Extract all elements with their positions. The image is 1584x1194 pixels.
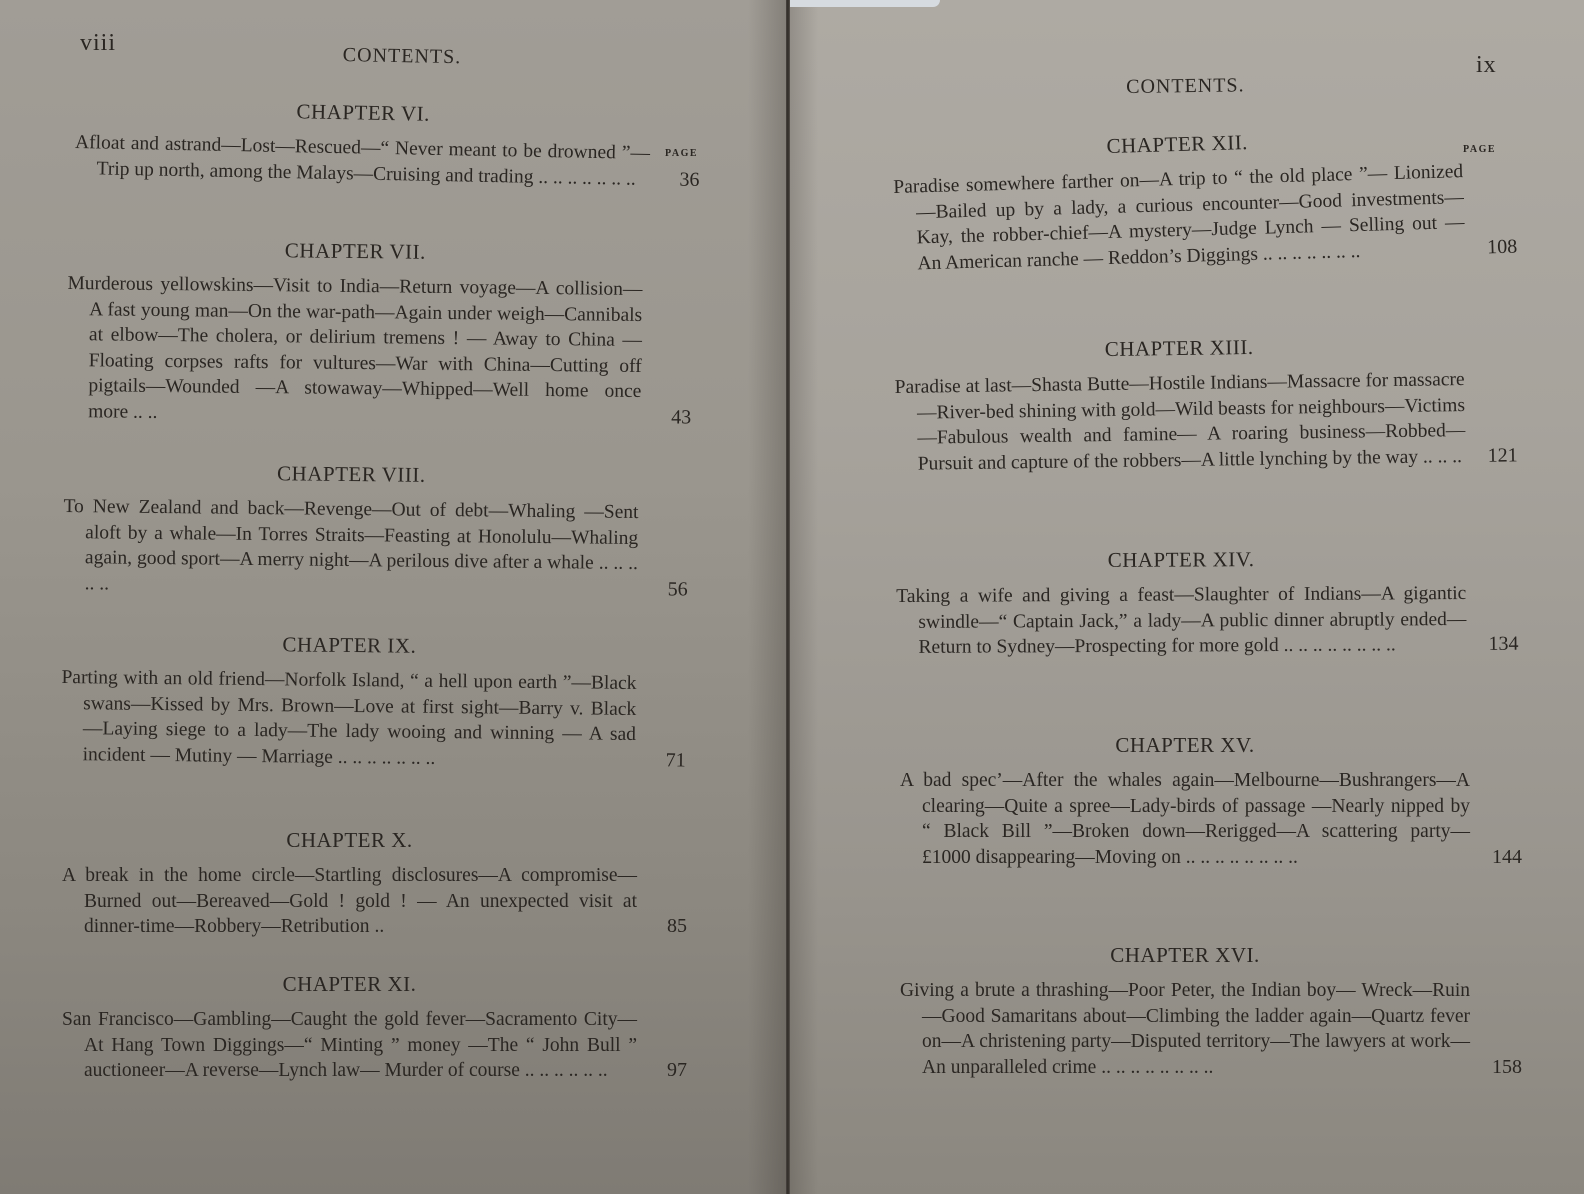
page-column-label: PAGE	[1463, 144, 1496, 155]
running-head: CONTENTS.	[343, 44, 462, 69]
chapter-title: CHAPTER X.	[62, 828, 637, 853]
chapter-title: CHAPTER IX.	[62, 630, 637, 661]
leader-dots: .. .. ..	[1418, 446, 1462, 468]
chapter-title: CHAPTER XV.	[900, 733, 1470, 758]
left-page: viii CONTENTS. PAGE CHAPTER VI. Afloat a…	[0, 0, 788, 1194]
toc-chapter-15: CHAPTER XV. A bad spec’—After the whales…	[900, 733, 1470, 870]
chapter-synopsis: Murderous yellowskins—Visit to India—Ret…	[66, 271, 643, 430]
page-number-folio: ix	[1476, 52, 1497, 79]
gutter-shadow	[788, 0, 818, 1194]
toc-chapter-11: CHAPTER XI. San Francisco—Gambling—Caugh…	[62, 972, 637, 1084]
toc-chapter-7: CHAPTER VII. Murderous yellowskins—Visit…	[66, 236, 643, 430]
chapter-page-number: 134	[1510, 632, 1518, 658]
toc-chapter-9: CHAPTER IX. Parting with an old friend—N…	[61, 630, 637, 773]
leader-dots: ..	[370, 916, 385, 937]
leader-dots: .. .. .. .. .. ..	[520, 1060, 608, 1081]
leader-dots: .. .. .. .. .. .. .. ..	[1181, 847, 1298, 868]
chapter-synopsis: A break in the home circle—Startling dis…	[62, 863, 637, 940]
chapter-page-number: 121	[1509, 443, 1517, 469]
toc-chapter-13: CHAPTER XIII. Paradise at last—Shasta Bu…	[894, 332, 1466, 477]
chapter-synopsis: Parting with an old friend—Norfolk Islan…	[61, 665, 637, 773]
chapter-title: CHAPTER XIII.	[894, 332, 1464, 365]
synopsis-text: Paradise at last—Shasta Butte—Hostile In…	[895, 369, 1466, 474]
chapter-title: CHAPTER XIV.	[896, 546, 1466, 574]
chapter-title: CHAPTER XI.	[62, 972, 637, 997]
chapter-synopsis: Paradise somewhere farther on—A trip to …	[893, 159, 1466, 277]
page-number-folio: viii	[80, 30, 116, 57]
chapter-synopsis: To New Zealand and back—Revenge—Out of d…	[63, 494, 639, 602]
toc-chapter-14: CHAPTER XIV. Taking a wife and giving a …	[896, 546, 1467, 660]
leader-dots: .. .. .. .. .. .. ..	[333, 746, 436, 768]
right-page: ix CONTENTS. PAGE CHAPTER XII. Paradise …	[788, 0, 1584, 1194]
synopsis-text: To New Zealand and back—Revenge—Out of d…	[63, 496, 638, 574]
chapter-title: CHAPTER VII.	[68, 236, 643, 267]
background-sliver	[790, 0, 940, 7]
page-column-label: PAGE	[665, 148, 698, 159]
chapter-title: CHAPTER VI.	[76, 95, 651, 131]
chapter-synopsis: Afloat and astrand—Lost—Rescued—“ Never …	[74, 130, 650, 192]
leader-dots: .. .. .. .. .. .. .. ..	[1279, 634, 1396, 656]
chapter-synopsis: San Francisco—Gambling—Caught the gold f…	[62, 1007, 637, 1084]
toc-chapter-12: CHAPTER XII. Paradise somewhere farther …	[892, 124, 1466, 277]
chapter-synopsis: Paradise at last—Shasta Butte—Hostile In…	[894, 367, 1465, 477]
toc-chapter-8: CHAPTER VIII. To New Zealand and back—Re…	[63, 459, 639, 602]
book-spine-gutter	[786, 0, 790, 1194]
running-head: CONTENTS.	[1126, 74, 1245, 99]
chapter-title: CHAPTER XVI.	[900, 943, 1470, 968]
toc-chapter-6: CHAPTER VI. Afloat and astrand—Lost—Resc…	[74, 95, 651, 192]
chapter-synopsis: Giving a brute a thrashing—Poor Peter, t…	[900, 978, 1470, 1080]
leader-dots: .. .. .. .. .. .. ..	[533, 166, 636, 189]
leader-dots: .. ..	[128, 401, 157, 422]
chapter-page-number: 108	[1509, 234, 1518, 260]
chapter-synopsis: A bad spec’—After the whales again—Melbo…	[900, 768, 1470, 870]
chapter-title: CHAPTER VIII.	[64, 459, 639, 490]
chapter-synopsis: Taking a wife and giving a feast—Slaught…	[896, 581, 1466, 660]
synopsis-text: Murderous yellowskins—Visit to India—Ret…	[67, 273, 642, 422]
toc-chapter-16: CHAPTER XVI. Giving a brute a thrashing—…	[900, 943, 1470, 1080]
leader-dots: .. .. .. .. .. .. ..	[1258, 240, 1361, 264]
synopsis-text: A break in the home circle—Startling dis…	[62, 865, 637, 937]
gutter-shadow	[748, 0, 788, 1194]
chapter-title: CHAPTER XII.	[892, 124, 1462, 165]
leader-dots: .. .. .. .. .. .. .. ..	[1096, 1057, 1213, 1078]
synopsis-text: Paradise somewhere farther on—A trip to …	[893, 161, 1465, 274]
chapter-page-number: 144	[1514, 845, 1522, 871]
toc-chapter-10: CHAPTER X. A break in the home circle—St…	[62, 828, 637, 940]
chapter-page-number: 158	[1514, 1055, 1522, 1081]
